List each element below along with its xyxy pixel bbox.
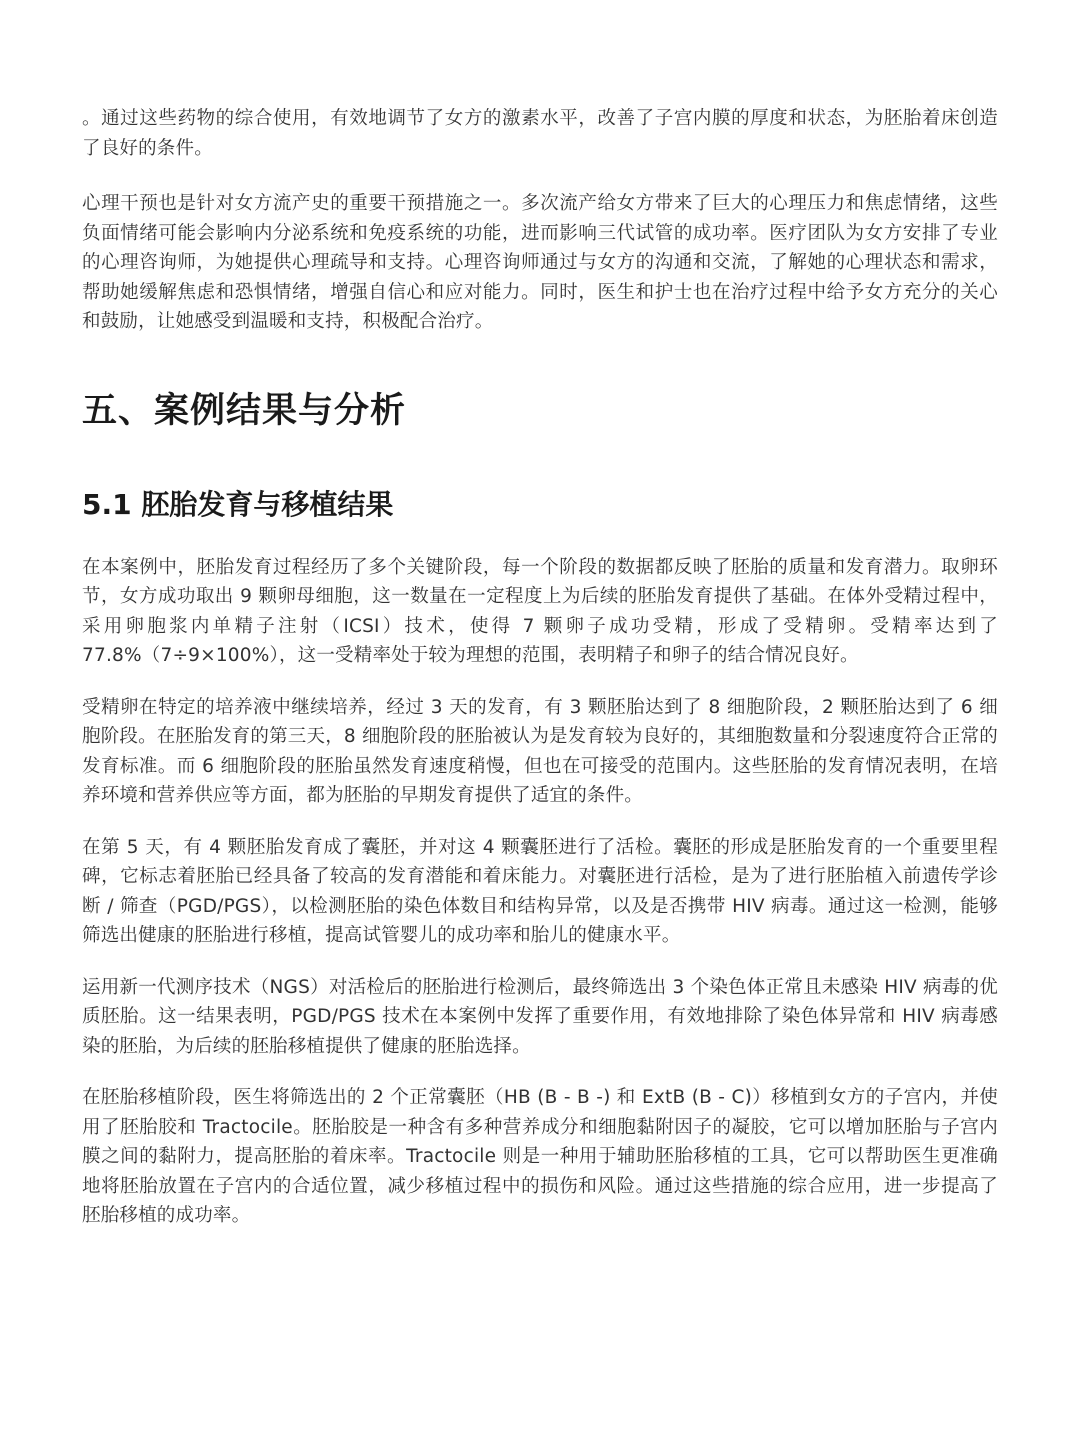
paragraph-embryo-transfer: 在胚胎移植阶段，医生将筛选出的 2 个正常囊胚（HB (B - B -) 和 E… bbox=[82, 1083, 998, 1231]
document-page: 。通过这些药物的综合使用，有效地调节了女方的激素水平，改善了子宫内膜的厚度和状态… bbox=[82, 104, 998, 1231]
paragraph-medication-continuation: 。通过这些药物的综合使用，有效地调节了女方的激素水平，改善了子宫内膜的厚度和状态… bbox=[82, 104, 998, 163]
paragraph-blastocyst-biopsy: 在第 5 天，有 4 颗胚胎发育成了囊胚，并对这 4 颗囊胚进行了活检。囊胚的形… bbox=[82, 833, 998, 951]
subsection-heading: 5.1 胚胎发育与移植结果 bbox=[82, 487, 998, 523]
paragraph-fertilization-results: 在本案例中，胚胎发育过程经历了多个关键阶段，每一个阶段的数据都反映了胚胎的质量和… bbox=[82, 553, 998, 671]
paragraph-day3-development: 受精卵在特定的培养液中继续培养，经过 3 天的发育，有 3 颗胚胎达到了 8 细… bbox=[82, 693, 998, 811]
section-heading: 五、案例结果与分析 bbox=[82, 389, 998, 433]
paragraph-psychological-intervention: 心理干预也是针对女方流产史的重要干预措施之一。多次流产给女方带来了巨大的心理压力… bbox=[82, 189, 998, 337]
paragraph-ngs-screening: 运用新一代测序技术（NGS）对活检后的胚胎进行检测后，最终筛选出 3 个染色体正… bbox=[82, 973, 998, 1062]
